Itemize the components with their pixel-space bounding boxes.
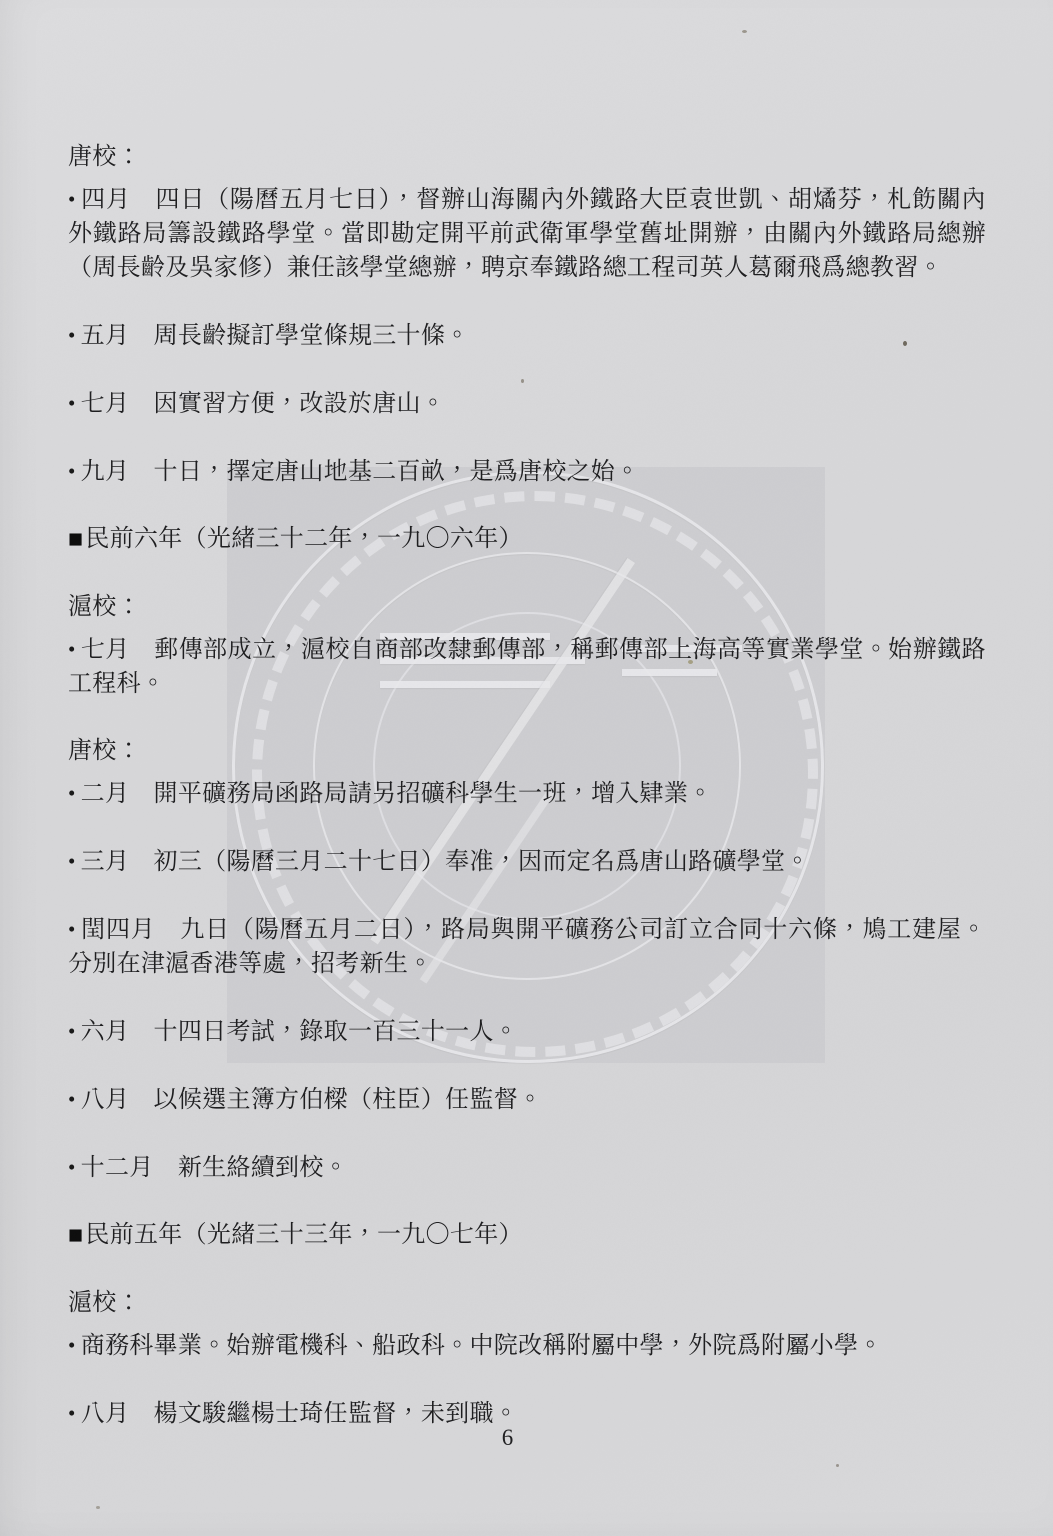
- bullet-icon: •: [68, 912, 76, 946]
- bullet-icon: •: [68, 632, 76, 666]
- campus-heading-hu: 滬校：: [68, 590, 986, 624]
- year-section-heading: ■民前五年（光緒三十三年，一九〇七年）: [68, 1218, 986, 1253]
- bullet-icon: •: [68, 318, 76, 352]
- chronology-text-column: 唐校： •四月 四日（陽曆五月七日），督辦山海關內外鐵路大臣袁世凱、胡燏芬，札飭…: [68, 140, 986, 1464]
- chronology-entry: •八月 以候選主簿方伯樑（柱臣）任監督。: [68, 1082, 986, 1117]
- campus-heading-hu: 滬校：: [68, 1286, 986, 1320]
- entry-text: 商務科畢業。始辦電機科、船政科。中院改稱附屬中學，外院爲附屬小學。: [81, 1333, 883, 1359]
- bullet-icon: •: [68, 844, 76, 878]
- campus-heading-tang: 唐校：: [68, 140, 986, 174]
- campus-heading-tang: 唐校：: [68, 734, 986, 768]
- bullet-icon: •: [68, 1082, 76, 1116]
- entry-text: 四月 四日（陽曆五月七日），督辦山海關內外鐵路大臣袁世凱、胡燏芬，札飭關內外鐵路…: [68, 187, 986, 281]
- bullet-icon: •: [68, 454, 76, 488]
- bullet-icon: •: [68, 1328, 76, 1362]
- campus-heading-label: 滬校：: [68, 1290, 141, 1316]
- year-section-heading: ■民前六年（光緒三十二年，一九〇六年）: [68, 522, 986, 557]
- scan-speck: [742, 30, 747, 33]
- black-square-icon: ■: [68, 523, 83, 557]
- chronology-entry: •六月 十四日考試，錄取一百三十一人。: [68, 1014, 986, 1049]
- chronology-entry: •五月 周長齡擬訂學堂條規三十條。: [68, 318, 986, 353]
- scan-speck: [96, 1506, 100, 1509]
- chronology-entry: •九月 十日，擇定唐山地基二百畝，是爲唐校之始。: [68, 454, 986, 489]
- chronology-entry: •閏四月 九日（陽曆五月二日），路局與開平礦務公司訂立合同十六條，鳩工建屋。分別…: [68, 912, 986, 981]
- bullet-icon: •: [68, 776, 76, 810]
- entry-text: 十二月 新生絡續到校。: [81, 1155, 348, 1181]
- bullet-icon: •: [68, 1014, 76, 1048]
- scanned-document-page: 唐校： •四月 四日（陽曆五月七日），督辦山海關內外鐵路大臣袁世凱、胡燏芬，札飭…: [0, 0, 1053, 1536]
- chronology-entry: •七月 郵傳部成立，滬校自商部改隸郵傳部，稱郵傳部上海高等實業學堂。始辦鐵路工程…: [68, 632, 986, 701]
- page-number: 6: [448, 1425, 568, 1451]
- entry-text: 閏四月 九日（陽曆五月二日），路局與開平礦務公司訂立合同十六條，鳩工建屋。分別在…: [68, 917, 986, 977]
- entry-text: 八月 楊文駿繼楊士琦任監督，未到職。: [81, 1401, 518, 1427]
- year-heading-text: 民前五年（光緒三十三年，一九〇七年）: [85, 1222, 522, 1248]
- chronology-entry: •三月 初三（陽曆三月二十七日）奉准，因而定名爲唐山路礦學堂。: [68, 844, 986, 879]
- chronology-entry: •商務科畢業。始辦電機科、船政科。中院改稱附屬中學，外院爲附屬小學。: [68, 1328, 986, 1363]
- scan-speck: [836, 1464, 839, 1467]
- entry-text: 三月 初三（陽曆三月二十七日）奉准，因而定名爲唐山路礦學堂。: [81, 849, 810, 875]
- entry-text: 九月 十日，擇定唐山地基二百畝，是爲唐校之始。: [81, 459, 640, 485]
- entry-text: 七月 郵傳部成立，滬校自商部改隸郵傳部，稱郵傳部上海高等實業學堂。始辦鐵路工程科…: [68, 637, 986, 697]
- bullet-icon: •: [68, 182, 76, 216]
- entry-text: 六月 十四日考試，錄取一百三十一人。: [81, 1019, 518, 1045]
- chronology-entry: •四月 四日（陽曆五月七日），督辦山海關內外鐵路大臣袁世凱、胡燏芬，札飭關內外鐵…: [68, 182, 986, 285]
- chronology-entry: •二月 開平礦務局函路局請另招礦科學生一班，增入肄業。: [68, 776, 986, 811]
- chronology-entry: •十二月 新生絡續到校。: [68, 1150, 986, 1185]
- year-heading-text: 民前六年（光緒三十二年，一九〇六年）: [85, 526, 522, 552]
- campus-heading-label: 唐校：: [68, 144, 141, 170]
- bullet-icon: •: [68, 386, 76, 420]
- bullet-icon: •: [68, 1150, 76, 1184]
- black-square-icon: ■: [68, 1219, 83, 1253]
- entry-text: 八月 以候選主簿方伯樑（柱臣）任監督。: [81, 1087, 543, 1113]
- campus-heading-label: 唐校：: [68, 738, 141, 764]
- entry-text: 七月 因實習方便，改設於唐山。: [81, 391, 446, 417]
- entry-text: 二月 開平礦務局函路局請另招礦科學生一班，增入肄業。: [81, 781, 713, 807]
- chronology-entry: •七月 因實習方便，改設於唐山。: [68, 386, 986, 421]
- entry-text: 五月 周長齡擬訂學堂條規三十條。: [81, 323, 470, 349]
- campus-heading-label: 滬校：: [68, 594, 141, 620]
- bullet-icon: •: [68, 1396, 76, 1430]
